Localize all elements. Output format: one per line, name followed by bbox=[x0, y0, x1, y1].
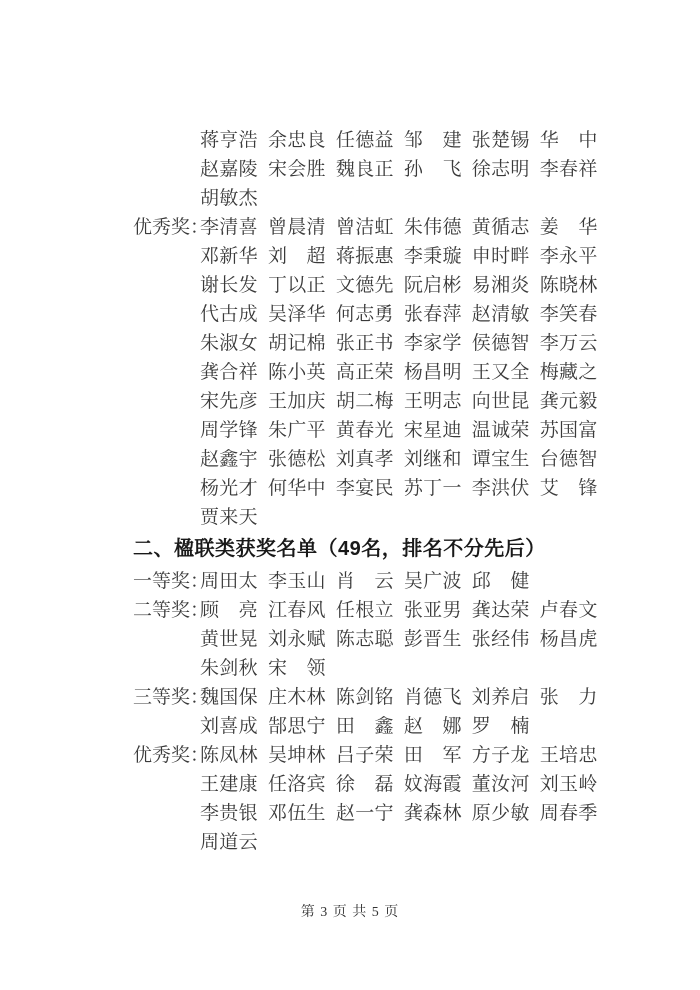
winner-names: 蒋亨浩 余忠良 任德益 邹 建 张楚锡 华 中 bbox=[200, 130, 598, 151]
winner-names: 黄世晃 刘永赋 陈志聪 彭晋生 张经伟 杨昌虎 bbox=[200, 629, 598, 650]
winner-names: 邓新华 刘 超 蒋振惠 李秉璇 申时畔 李永平 bbox=[200, 246, 598, 267]
winner-names: 赵嘉陵 宋会胜 魏良正 孙 飞 徐志明 李春祥 bbox=[200, 159, 598, 180]
award-list-row: 朱剑秋 宋 领 bbox=[133, 654, 605, 683]
award-list-row: 邓新华 刘 超 蒋振惠 李秉璇 申时畔 李永平 bbox=[133, 242, 605, 271]
award-list-row: 王建康 任洛宾 徐 磊 妏海霞 董汝河 刘玉岭 bbox=[133, 770, 605, 799]
award-list-row: 三等奖： 魏国保 庄木林 陈剑铭 肖德飞 刘养启 张 力 bbox=[133, 683, 605, 712]
award-list-row: 周学锋 朱广平 黄春光 宋星迪 温诚荣 苏国富 bbox=[133, 416, 605, 445]
page-number-footer: 第 3 页 共 5 页 bbox=[0, 903, 700, 923]
winner-names: 贾来天 bbox=[200, 507, 258, 528]
award-tier-label: 优秀奖： bbox=[133, 213, 200, 242]
winner-names: 代古成 吴泽华 何志勇 张春萍 赵清敏 李笑春 bbox=[200, 304, 598, 325]
award-list-row: 蒋亨浩 余忠良 任德益 邹 建 张楚锡 华 中 bbox=[133, 126, 605, 155]
award-list-row: 贾来天 bbox=[133, 503, 605, 532]
winner-names: 宋先彦 王加庆 胡二梅 王明志 向世昆 龚元毅 bbox=[200, 391, 598, 412]
couplet-section-heading: 二、楹联类获奖名单（49名，排名不分先后） bbox=[133, 534, 605, 565]
winner-names: 朱淑女 胡记棉 张正书 李家学 侯德智 李万云 bbox=[200, 333, 598, 354]
award-list-row: 赵鑫宇 张德松 刘真孝 刘继和 谭宝生 台德智 bbox=[133, 445, 605, 474]
award-list-row: 宋先彦 王加庆 胡二梅 王明志 向世昆 龚元毅 bbox=[133, 387, 605, 416]
couplet-award-list: 一等奖： 周田太 李玉山 肖 云 吴广波 邱 健 二等奖： 顾 亮 江春风 任根… bbox=[133, 567, 605, 857]
award-tier-label: 三等奖： bbox=[133, 683, 200, 712]
document-page: 蒋亨浩 余忠良 任德益 邹 建 张楚锡 华 中 赵嘉陵 宋会胜 魏良正 孙 飞 … bbox=[0, 0, 700, 990]
winner-names: 胡敏杰 bbox=[200, 188, 258, 209]
award-list-row: 胡敏杰 bbox=[133, 184, 605, 213]
winner-names: 魏国保 庄木林 陈剑铭 肖德飞 刘养启 张 力 bbox=[200, 687, 598, 708]
award-tier-label: 优秀奖： bbox=[133, 741, 200, 770]
winner-names: 朱剑秋 宋 领 bbox=[200, 658, 326, 679]
winner-names: 李清喜 曾晨清 曾洁虹 朱伟德 黄循志 姜 华 bbox=[200, 217, 598, 238]
winner-names: 陈凤林 吴坤林 吕子荣 田 军 方子龙 王培忠 bbox=[200, 745, 598, 766]
winner-names: 周田太 李玉山 肖 云 吴广波 邱 健 bbox=[200, 571, 530, 592]
award-list-row: 代古成 吴泽华 何志勇 张春萍 赵清敏 李笑春 bbox=[133, 300, 605, 329]
award-tier-label: 二等奖： bbox=[133, 596, 200, 625]
winner-names: 周道云 bbox=[200, 832, 258, 853]
award-list-row: 李贵银 邓伍生 赵一宁 龚森林 原少敏 周春季 bbox=[133, 799, 605, 828]
award-list-row: 优秀奖： 李清喜 曾晨清 曾洁虹 朱伟德 黄循志 姜 华 bbox=[133, 213, 605, 242]
winner-names: 刘喜成 郜思宁 田 鑫 赵 娜 罗 楠 bbox=[200, 716, 530, 737]
poetry-award-list: 蒋亨浩 余忠良 任德益 邹 建 张楚锡 华 中 赵嘉陵 宋会胜 魏良正 孙 飞 … bbox=[133, 126, 605, 532]
award-list-row: 刘喜成 郜思宁 田 鑫 赵 娜 罗 楠 bbox=[133, 712, 605, 741]
award-list-row: 谢长发 丁以正 文德先 阮启彬 易湘炎 陈晓林 bbox=[133, 271, 605, 300]
award-list-row: 一等奖： 周田太 李玉山 肖 云 吴广波 邱 健 bbox=[133, 567, 605, 596]
award-list-row: 杨光才 何华中 李宴民 苏丁一 李洪伏 艾 锋 bbox=[133, 474, 605, 503]
award-list-row: 周道云 bbox=[133, 828, 605, 857]
winner-names: 赵鑫宇 张德松 刘真孝 刘继和 谭宝生 台德智 bbox=[200, 449, 598, 470]
winner-names: 杨光才 何华中 李宴民 苏丁一 李洪伏 艾 锋 bbox=[200, 478, 598, 499]
award-list-row: 赵嘉陵 宋会胜 魏良正 孙 飞 徐志明 李春祥 bbox=[133, 155, 605, 184]
award-list-row: 二等奖： 顾 亮 江春风 任根立 张亚男 龚达荣 卢春文 bbox=[133, 596, 605, 625]
award-list-row: 龚合祥 陈小英 高正荣 杨昌明 王又全 梅藏之 bbox=[133, 358, 605, 387]
award-tier-label: 一等奖： bbox=[133, 567, 200, 596]
winner-names: 周学锋 朱广平 黄春光 宋星迪 温诚荣 苏国富 bbox=[200, 420, 598, 441]
winner-names: 龚合祥 陈小英 高正荣 杨昌明 王又全 梅藏之 bbox=[200, 362, 598, 383]
award-list-row: 优秀奖： 陈凤林 吴坤林 吕子荣 田 军 方子龙 王培忠 bbox=[133, 741, 605, 770]
winner-names: 顾 亮 江春风 任根立 张亚男 龚达荣 卢春文 bbox=[200, 600, 598, 621]
award-list-row: 朱淑女 胡记棉 张正书 李家学 侯德智 李万云 bbox=[133, 329, 605, 358]
award-list-row: 黄世晃 刘永赋 陈志聪 彭晋生 张经伟 杨昌虎 bbox=[133, 625, 605, 654]
winner-names: 王建康 任洛宾 徐 磊 妏海霞 董汝河 刘玉岭 bbox=[200, 774, 598, 795]
winner-names: 谢长发 丁以正 文德先 阮启彬 易湘炎 陈晓林 bbox=[200, 275, 598, 296]
page-content: 蒋亨浩 余忠良 任德益 邹 建 张楚锡 华 中 赵嘉陵 宋会胜 魏良正 孙 飞 … bbox=[133, 126, 605, 857]
winner-names: 李贵银 邓伍生 赵一宁 龚森林 原少敏 周春季 bbox=[200, 803, 598, 824]
